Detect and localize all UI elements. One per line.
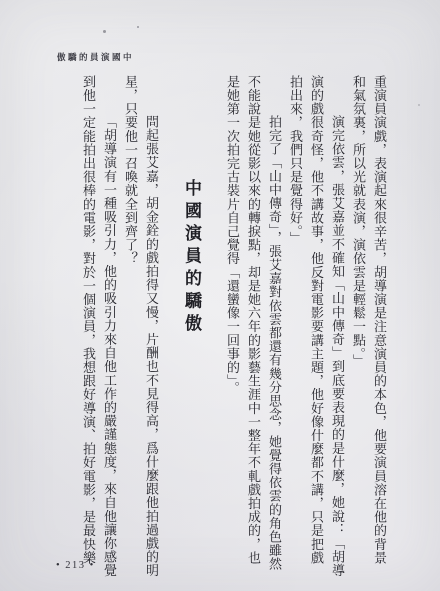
text-column: 不能說是她從影以來的轉捩點，却是她六年的影藝生涯中一整年不軋戲拍成的，也 xyxy=(243,75,264,567)
text-column: 問起張艾嘉，胡金銓的戲拍得又慢，片酬也不見得高，爲什麼跟他拍過戲的明 xyxy=(141,75,162,567)
text-column: 拍完了「山中傳奇」，張艾嘉對依雲都還有幾分思念，她覺得依雲的角色雖然 xyxy=(264,75,285,567)
text-column: 演完依雲，張艾嘉並不確知「山中傳奇」到底要表現的是什麼，她說：「胡導 xyxy=(327,75,348,567)
scan-speck xyxy=(137,26,139,28)
page-number: • 213 • xyxy=(56,560,95,571)
text-column: 和氣氛裏，所以光就表演，演依雲是輕鬆一點。」 xyxy=(348,75,369,567)
scan-speck xyxy=(103,30,106,33)
running-header: 傲驕的員演國中 xyxy=(57,51,134,63)
text-column: 星，只要他一召喚就全到齊了？ xyxy=(120,75,141,567)
text-column: 「胡導演有一種吸引力，他的吸引力來自他工作的嚴謹態度，來自他讓你感覺 xyxy=(99,75,120,567)
text-column: 拍出來，我們只是覺得好。」 xyxy=(285,75,306,567)
text-column: 演的戲很奇怪，他不講故事，他反對電影要講主題，他好像什麼都不講，只是把戲 xyxy=(306,75,327,567)
text-column: 是她第一次拍完古裝片自己覺得「還蠻像一回事的」。 xyxy=(222,75,243,567)
text-column: 到他一定能拍出很棒的電影，對於一個演員，我想跟好導演、拍好電影，是最快樂 xyxy=(78,75,99,567)
section-heading: 中國演員的驕傲 xyxy=(178,75,204,567)
text-column: 重演員演戲，表演起來很辛苦，胡導演是注意演員的本色，他要演員溶在他的背景 xyxy=(369,75,390,567)
scan-speck xyxy=(418,104,420,106)
article-body: 重演員演戲，表演起來很辛苦，胡導演是注意演員的本色，他要演員溶在他的背景 和氣氛… xyxy=(78,75,390,567)
